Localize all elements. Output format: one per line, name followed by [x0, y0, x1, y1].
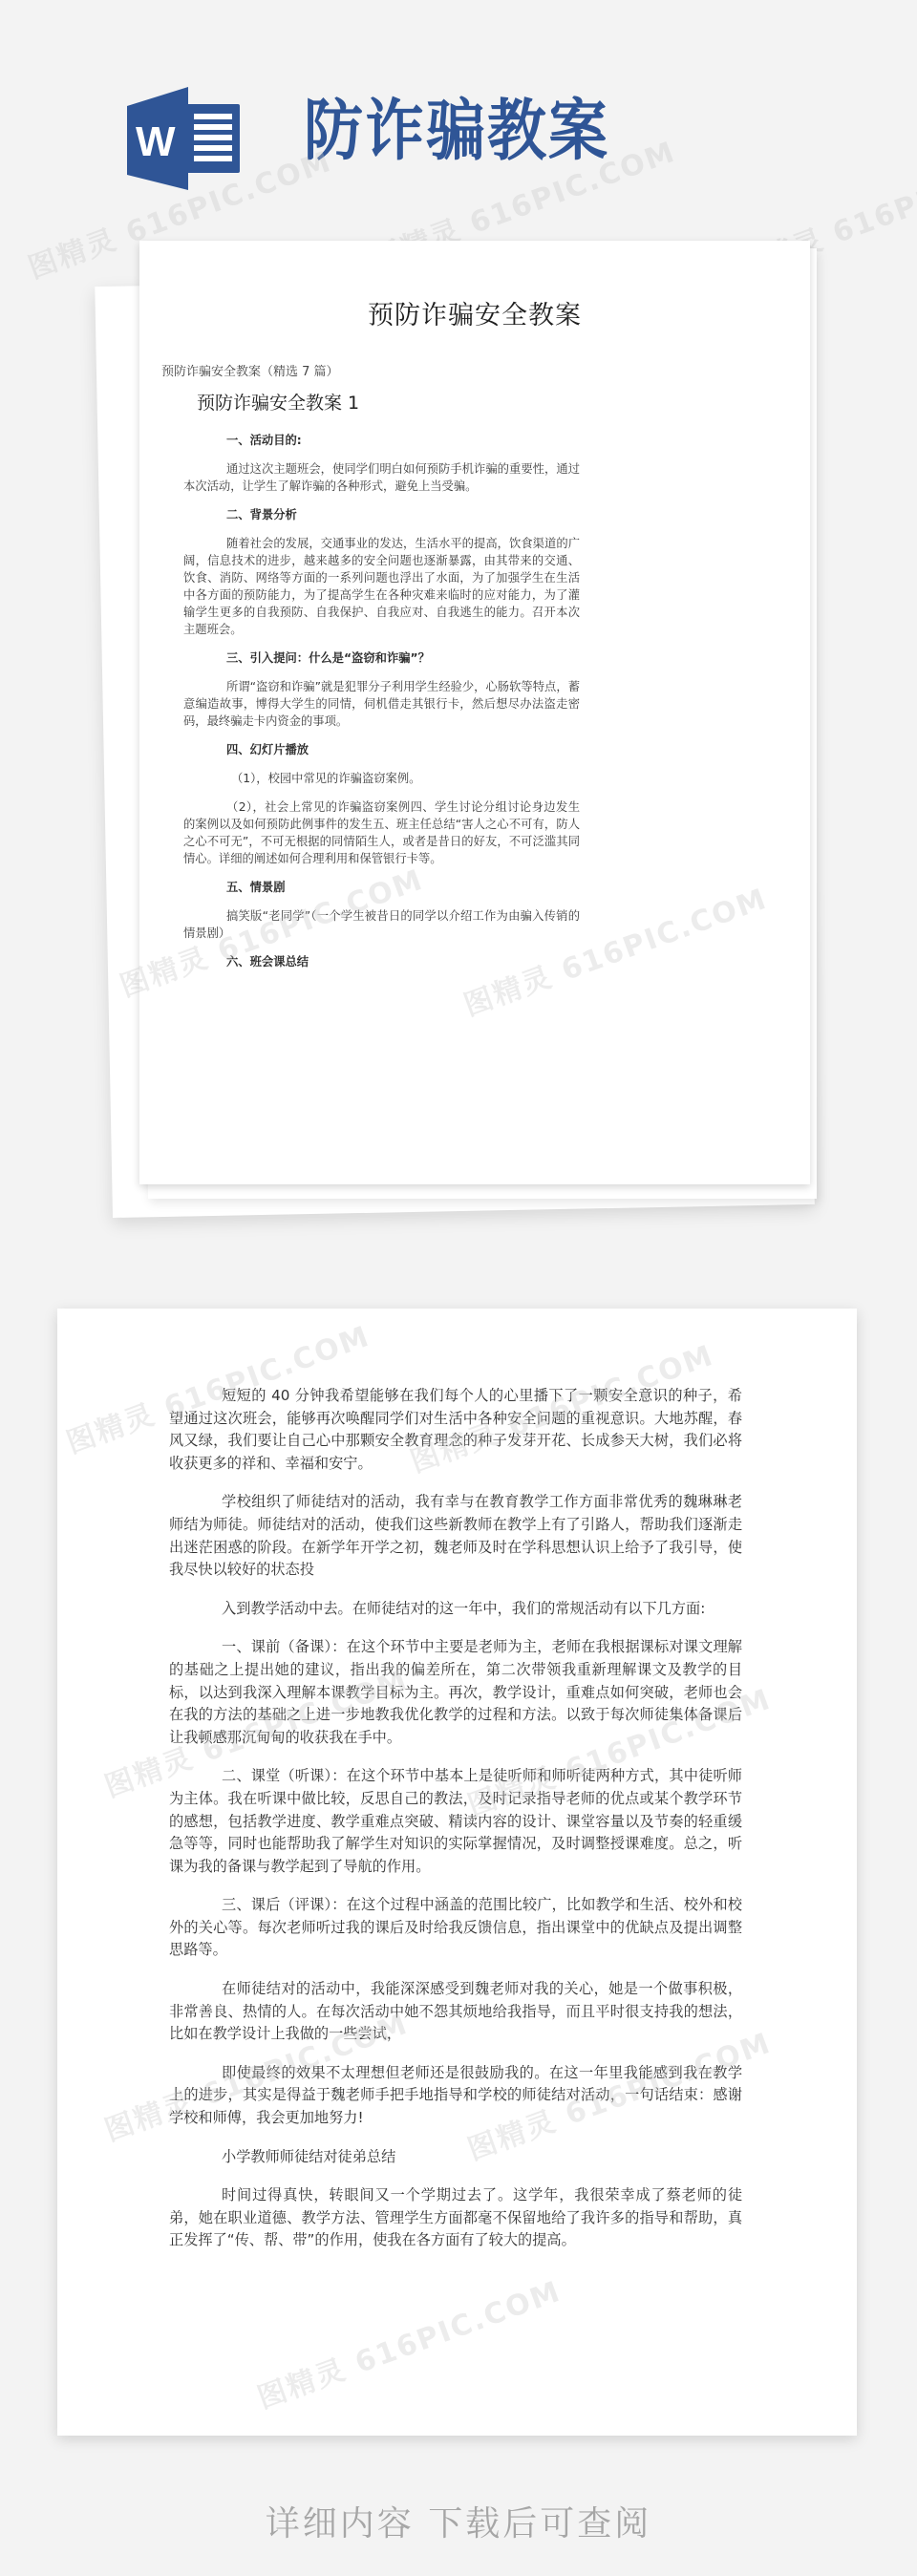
document-page-2: 短短的 40 分钟我希望能够在我们每个人的心里播下了一颗安全意识的种子，希望通过…: [57, 1309, 857, 2436]
paragraph: 所谓“盗窃和诈骗”就是犯罪分子利用学生经验少，心肠软等特点，蓄意编造故事，博得大…: [183, 678, 580, 730]
paragraph: 在师徒结对的活动中，我能深深感受到魏老师对我的关心，她是一个做事积极，非常善良、…: [169, 1978, 742, 2046]
paragraph: 学校组织了师徒结对的活动，我有幸与在教育教学工作方面非常优秀的魏琳琳老师结为师徒…: [169, 1491, 742, 1581]
document-subtitle: 预防诈骗安全教案（精选 7 篇）: [161, 361, 339, 379]
paragraph: 二、课堂（听课）：在这个环节中基本上是徒听师和师听徒两种方式，其中徒听师为主体。…: [169, 1765, 742, 1878]
section-heading: 二、背景分析: [226, 506, 580, 523]
paragraph: 小学教师师徒结对徒弟总结: [169, 2146, 742, 2169]
paragraph: 时间过得真快，转眼间又一个学期过去了。这学年，我很荣幸成了蔡老师的徒弟，她在职业…: [169, 2184, 742, 2252]
paragraph: 随着社会的发展，交通事业的发达，生活水平的提高，饮食渠道的广阔，信息技术的进步，…: [183, 535, 580, 638]
document-heading: 预防诈骗安全教案 1: [197, 389, 359, 415]
section-heading: 四、幻灯片播放: [226, 741, 580, 758]
download-hint: 详细内容 下载后可查阅: [0, 2497, 917, 2545]
section-heading: 三、引入提问：什么是“盗窃和诈骗”？: [226, 649, 580, 667]
paragraph: 入到教学活动中去。在师徒结对的这一年中，我们的常规活动有以下几方面:: [169, 1598, 742, 1621]
paragraph: 一、课前（备课）：在这个环节中主要是老师为主，老师在我根据课标对课文理解的基础之…: [169, 1636, 742, 1749]
header-title: 防诈骗教案: [304, 88, 609, 174]
header: W 防诈骗教案: [0, 0, 917, 239]
svg-text:W: W: [136, 118, 176, 165]
page1-body: 一、活动目的: 通过这次主题班会，使同学们明白如何预防手机诈骗的重要性，通过本次…: [183, 432, 580, 982]
watermark: 图精灵 616PIC.COM: [251, 2267, 566, 2416]
section-heading: 六、班会课总结: [226, 953, 580, 970]
paragraph: 三、课后（评课）：在这个过程中涵盖的范围比较广，比如教学和生活、校外和校外的关心…: [169, 1894, 742, 1962]
paragraph: 搞笑版“老同学”（一个学生被昔日的同学以介绍工作为由骗入传销的情景剧）: [183, 907, 580, 942]
document-title: 预防诈骗安全教案: [139, 294, 810, 331]
document-page-1: 预防诈骗安全教案 预防诈骗安全教案（精选 7 篇） 预防诈骗安全教案 1 一、活…: [139, 241, 810, 1184]
paragraph: 短短的 40 分钟我希望能够在我们每个人的心里播下了一颗安全意识的种子，希望通过…: [169, 1385, 742, 1475]
section-heading: 一、活动目的:: [226, 432, 580, 449]
page2-body: 短短的 40 分钟我希望能够在我们每个人的心里播下了一颗安全意识的种子，希望通过…: [169, 1385, 742, 2268]
paragraph: 即使最终的效果不太理想但老师还是很鼓励我的。在这一年里我能感到我在教学上的进步，…: [169, 2062, 742, 2130]
word-document-icon: W: [127, 81, 244, 192]
section-heading: 五、情景剧: [226, 879, 580, 896]
paragraph: 通过这次主题班会，使同学们明白如何预防手机诈骗的重要性，通过本次活动，让学生了解…: [183, 460, 580, 495]
list-item: （1），校园中常见的诈骗盗窃案例。: [231, 770, 580, 787]
paragraph: （2），社会上常见的诈骗盗窃案例四、学生讨论分组讨论身边发生的案例以及如何预防此…: [183, 798, 580, 867]
